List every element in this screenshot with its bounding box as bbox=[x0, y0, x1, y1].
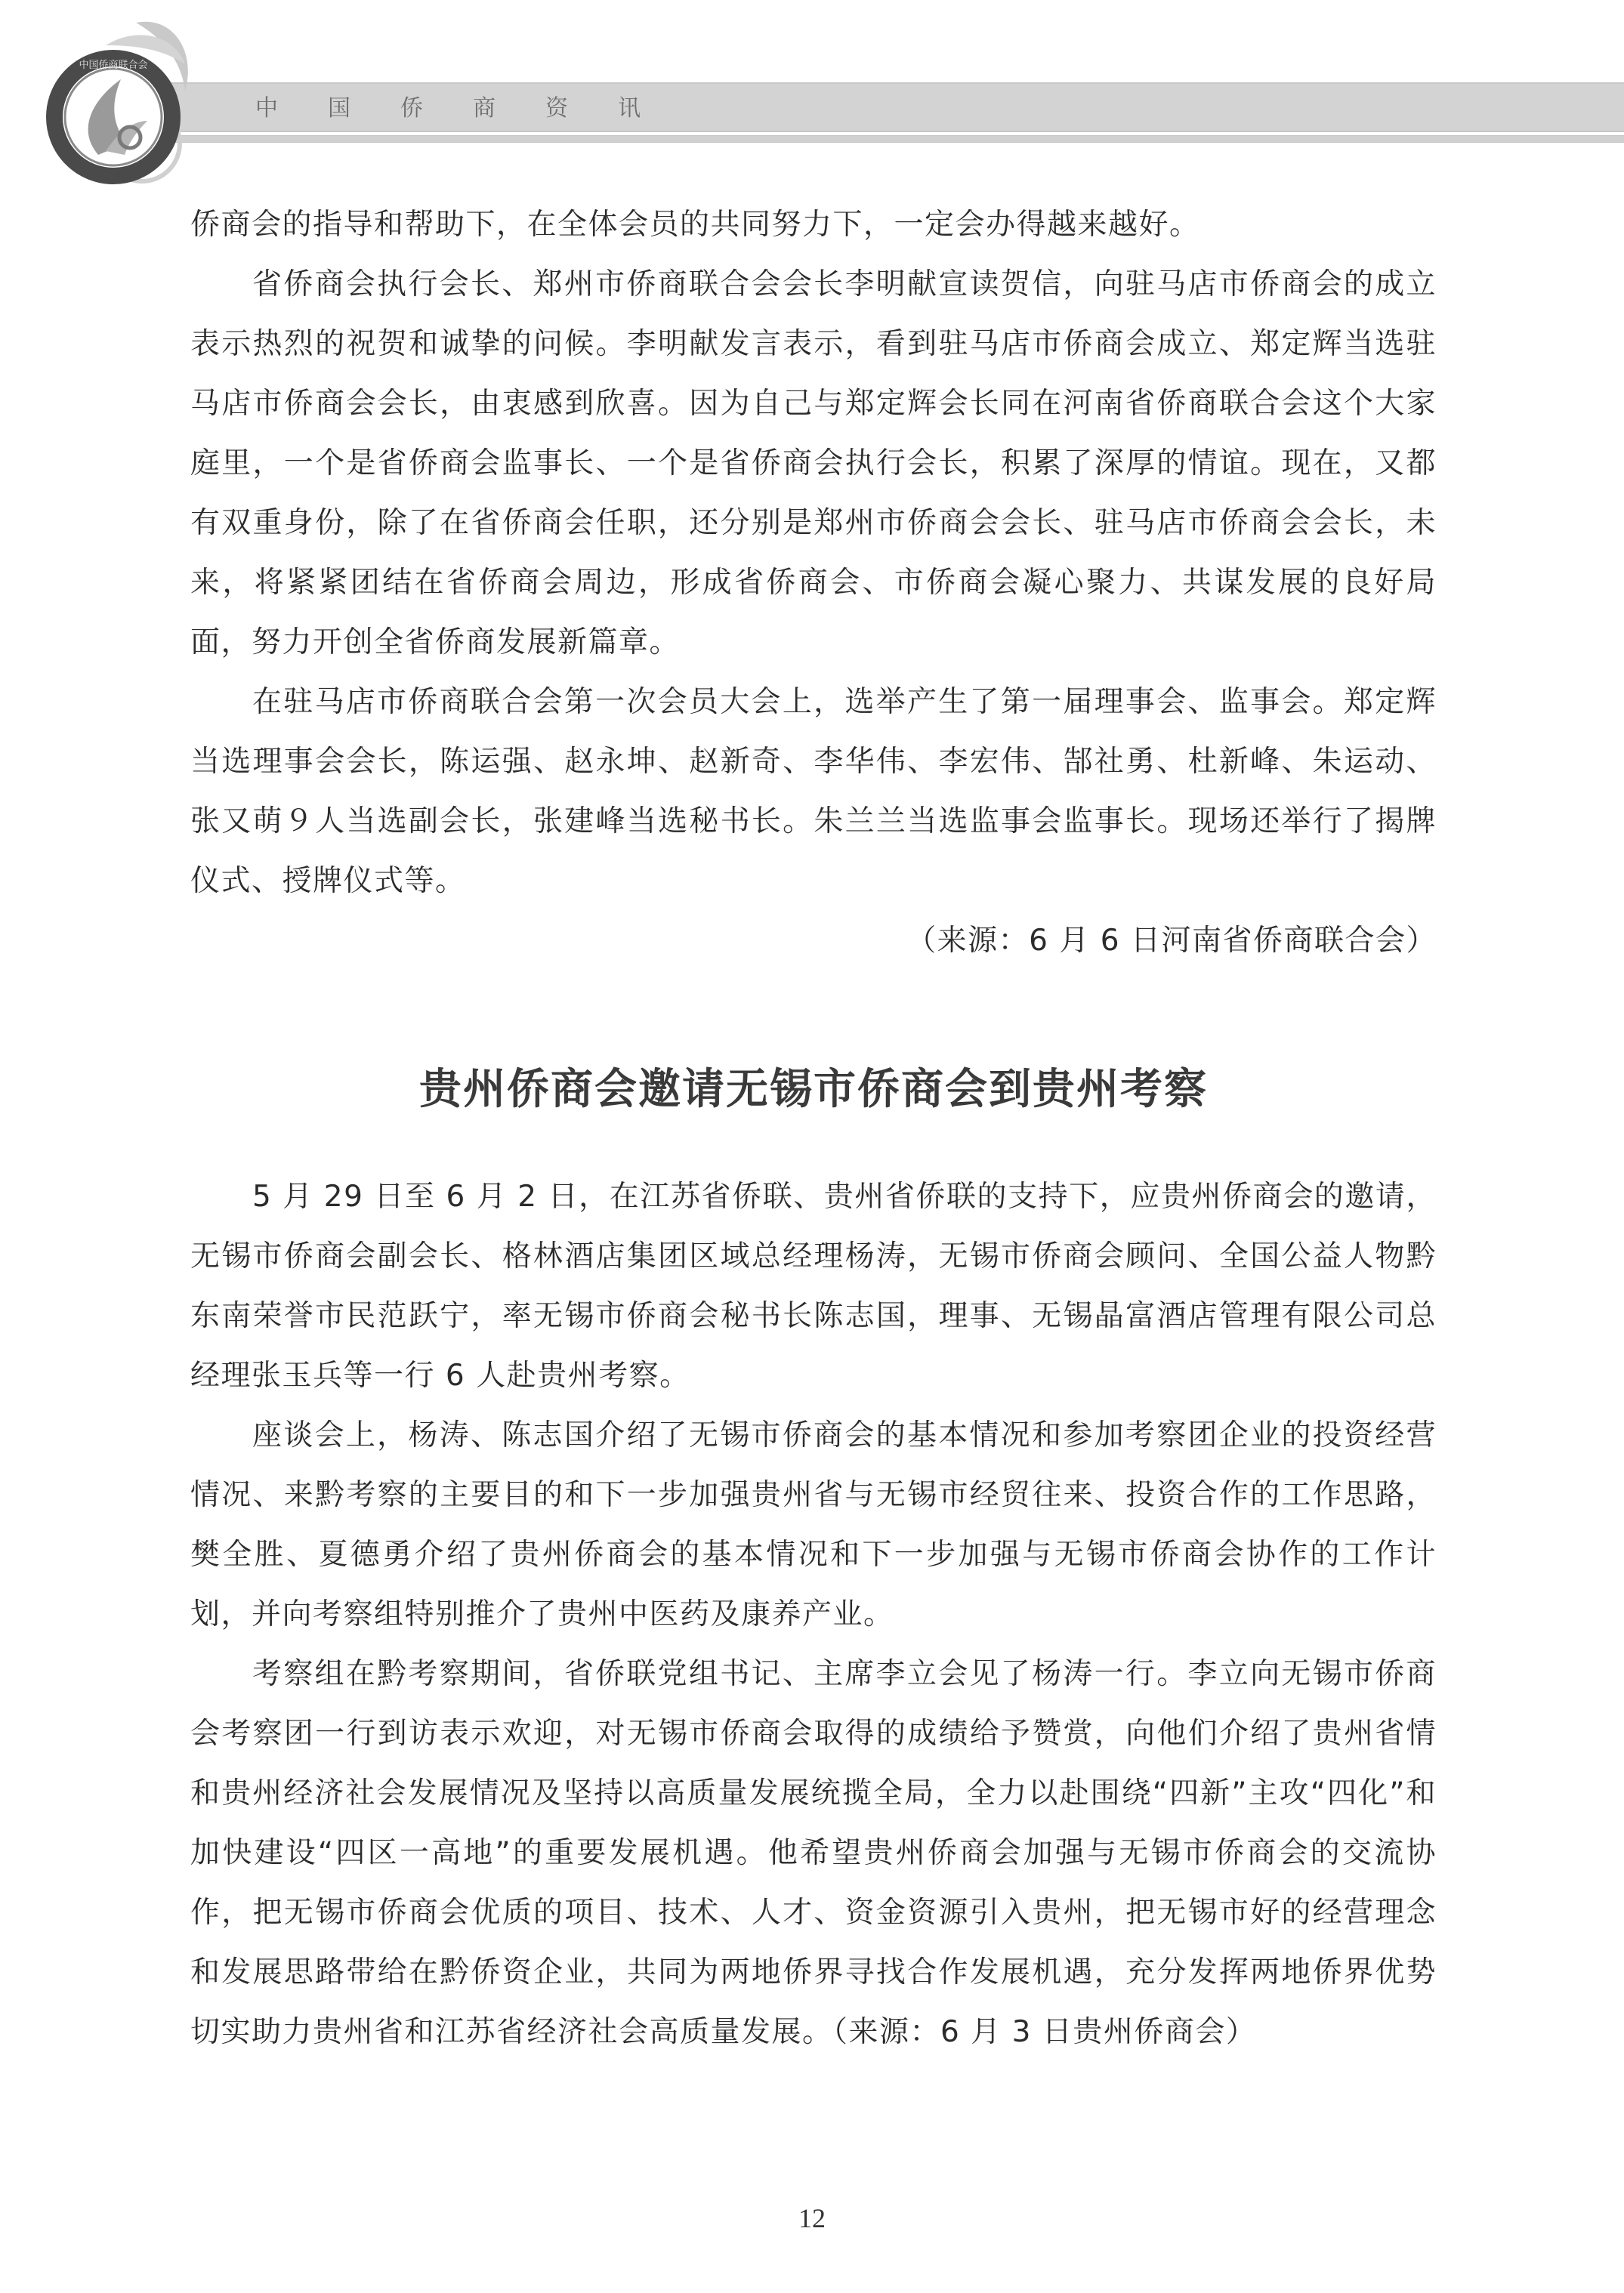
page-content: 侨商会的指导和帮助下，在全体会员的共同努力下，一定会办得越来越好。 省侨商会执行… bbox=[190, 195, 1437, 2062]
association-emblem-icon: 中国侨商联合会 bbox=[23, 8, 242, 189]
publication-title: 中国侨商资讯 bbox=[255, 89, 690, 122]
page-number: 12 bbox=[0, 2202, 1624, 2234]
article-source: （来源：6 月 3 日贵州侨商会） bbox=[833, 2015, 1257, 2049]
paragraph-with-source: 考察组在黔考察期间，省侨联党组书记、主席李立会见了杨涛一行。李立向无锡市侨商会考… bbox=[190, 1644, 1437, 2062]
article-source: （来源：6 月 6 日河南省侨商联合会） bbox=[906, 911, 1437, 971]
paragraph: 侨商会的指导和帮助下，在全体会员的共同努力下，一定会办得越来越好。 bbox=[190, 195, 1437, 255]
source-line: （来源：6 月 6 日河南省侨商联合会） bbox=[190, 911, 1437, 971]
paragraph: 座谈会上，杨涛、陈志国介绍了无锡市侨商会的基本情况和参加考察团企业的投资经营情况… bbox=[190, 1406, 1437, 1644]
paragraph: 省侨商会执行会长、郑州市侨商联合会会长李明献宣读贺信，向驻马店市侨商会的成立表示… bbox=[190, 255, 1437, 672]
paragraph-text: 考察组在黔考察期间，省侨联党组书记、主席李立会见了杨涛一行。李立向无锡市侨商会考… bbox=[190, 1657, 1437, 2049]
article-title: 贵州侨商会邀请无锡市侨商会到贵州考察 bbox=[190, 1060, 1437, 1120]
svg-text:中国侨商联合会: 中国侨商联合会 bbox=[79, 59, 147, 71]
paragraph: 在驻马店市侨商联合会第一次会员大会上，选举产生了第一届理事会、监事会。郑定辉当选… bbox=[190, 672, 1437, 911]
header-rule bbox=[151, 135, 1624, 143]
paragraph: 5 月 29 日至 6 月 2 日，在江苏省侨联、贵州省侨联的支持下，应贵州侨商… bbox=[190, 1167, 1437, 1406]
